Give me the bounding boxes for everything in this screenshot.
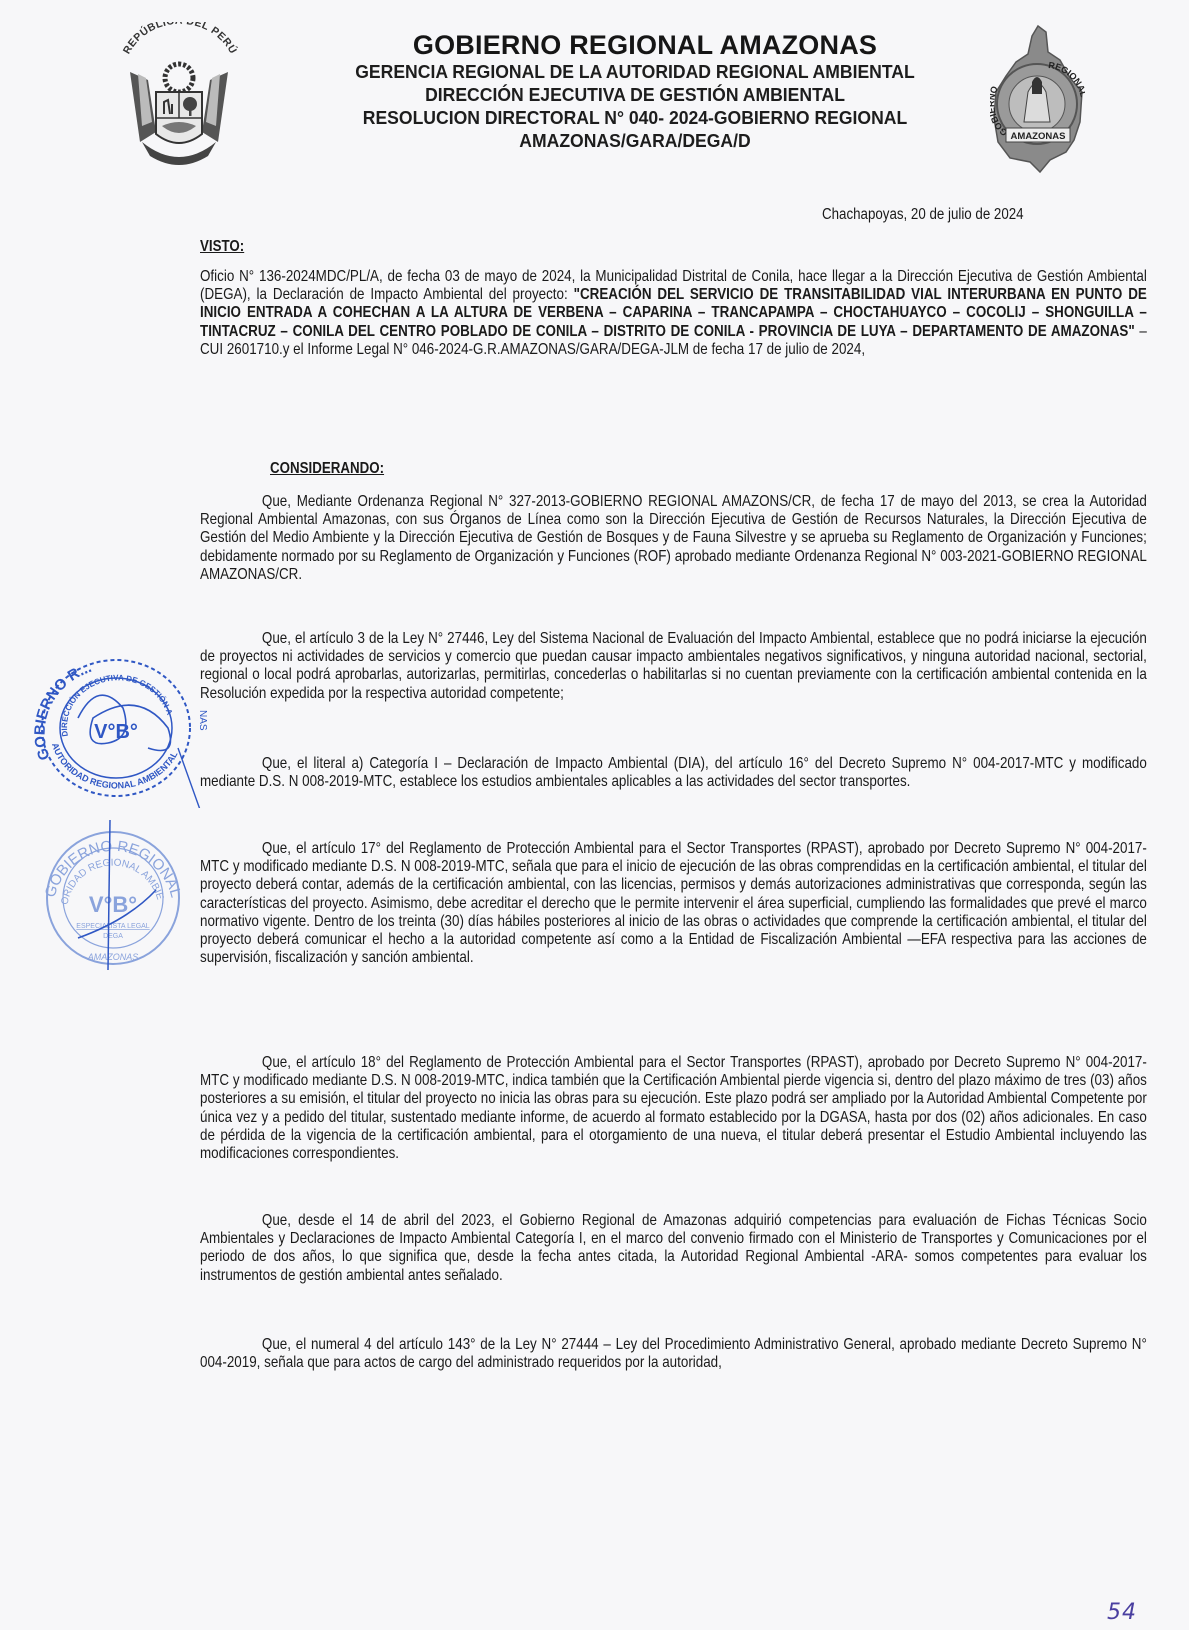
letterhead: REPÚBLICA DEL PERÚ GOBIERNO REGIONAL AMA… <box>0 0 1189 180</box>
svg-text:DEGA: DEGA <box>103 933 123 940</box>
considerando-paragraph-4: Que, el artículo 17° del Reglamento de P… <box>200 840 1147 967</box>
svg-text:V°B°: V°B° <box>89 892 137 917</box>
considerando-paragraph-1: Que, Mediante Ordenanza Regional N° 327-… <box>200 493 1147 584</box>
svg-text:AMAZONAS: AMAZONAS <box>87 952 139 962</box>
resolution-number-suffix: AMAZONAS/GARA/DEGA/D <box>307 129 963 152</box>
document-page: REPÚBLICA DEL PERÚ GOBIERNO REGIONAL AMA… <box>0 0 1189 1630</box>
institution-title: GOBIERNO REGIONAL AMAZONAS <box>310 30 980 60</box>
vobo-stamp-dega: GOBIERNO R... DIRECCIÓN EJECUTIVA DE GES… <box>28 648 208 808</box>
institution-subtitle-1: GERENCIA REGIONAL DE LA AUTORIDAD REGION… <box>307 60 963 83</box>
gobierno-regional-amazonas-logo-icon: GOBIERNO REGIONAL AMAZONAS <box>990 22 1085 174</box>
considerando-paragraph-5: Que, el artículo 18° del Reglamento de P… <box>200 1054 1147 1163</box>
visto-heading: VISTO: <box>200 238 244 256</box>
letterhead-text: GOBIERNO REGIONAL AMAZONAS GERENCIA REGI… <box>290 30 980 152</box>
considerando-paragraph-2: Que, el artículo 3 de la Ley N° 27446, L… <box>200 630 1147 703</box>
institution-subtitle-2: DIRECCIÓN EJECUTIVA DE GESTIÓN AMBIENTAL <box>307 83 963 106</box>
document-date: Chachapoyas, 20 de julio de 2024 <box>822 206 1024 224</box>
vobo-stamp-legal: GOBIERNO REGIONAL AUTORIDAD REGIONAL AMB… <box>38 820 188 970</box>
considerando-paragraph-6: Que, desde el 14 de abril del 2023, el G… <box>200 1212 1147 1285</box>
handwritten-page-number: 54 <box>1107 1600 1137 1625</box>
svg-text:AMAZONAS: AMAZONAS <box>1011 131 1066 142</box>
svg-text:NAS: NAS <box>197 710 208 731</box>
peru-coat-of-arms-icon: REPÚBLICA DEL PERÚ <box>112 22 246 174</box>
considerando-paragraph-7: Que, el numeral 4 del artículo 143° de l… <box>200 1336 1147 1372</box>
resolution-number: RESOLUCION DIRECTORAL N° 040- 2024-GOBIE… <box>307 106 963 129</box>
considerando-heading: CONSIDERANDO: <box>270 460 384 478</box>
svg-text:REPÚBLICA DEL PERÚ: REPÚBLICA DEL PERÚ <box>121 22 240 56</box>
svg-text:ESPECIALISTA LEGAL: ESPECIALISTA LEGAL <box>76 923 150 930</box>
considerando-paragraph-3: Que, el literal a) Categoría I – Declara… <box>200 755 1147 791</box>
visto-paragraph: Oficio N° 136-2024MDC/PL/A, de fecha 03 … <box>200 268 1147 359</box>
